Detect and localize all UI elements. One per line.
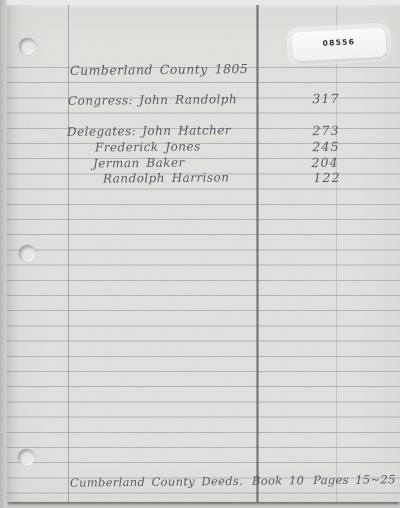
delegate-candidate: Frederick Jones <box>95 139 201 154</box>
delegate-votes: 122 <box>310 170 344 185</box>
delegate-votes: 204 <box>308 155 342 170</box>
congress-result-row: Congress:John Randolph <box>68 92 237 108</box>
hole-punch-top <box>19 38 36 55</box>
scanned-document: { "document": { "catalog_label": { "numb… <box>0 0 400 508</box>
delegate-votes: 245 <box>309 139 343 154</box>
right-rule-line <box>336 5 337 502</box>
citation-pages: Pages 15~25 <box>313 472 396 487</box>
delegates-office-label: Delegates: <box>67 124 136 139</box>
delegate-candidate: Randolph Harrison <box>103 170 229 185</box>
citation-source: Cumberland County Deeds. <box>70 474 243 490</box>
scan-edge-left <box>0 0 7 508</box>
page-title: Cumberland County 1805 <box>70 61 248 78</box>
delegate-row: Frederick Jones <box>95 139 201 154</box>
congress-candidate: John Randolph <box>139 92 237 107</box>
hole-punch-bottom <box>18 449 35 466</box>
delegate-row: Jerman Baker <box>93 156 185 171</box>
catalog-label: 08556 <box>291 28 386 62</box>
delegate-candidate: Jerman Baker <box>93 156 185 171</box>
congress-votes: 317 <box>309 91 343 106</box>
left-margin-line <box>68 5 69 502</box>
delegate-row: Randolph Harrison <box>103 170 229 185</box>
citation-book: Book 10 <box>252 473 304 488</box>
delegate-row: Delegates:John Hatcher <box>67 123 231 139</box>
center-fold-line <box>256 5 259 502</box>
delegate-votes: 273 <box>309 123 343 138</box>
delegate-candidate: John Hatcher <box>142 123 231 138</box>
hole-punch-middle <box>19 245 36 262</box>
congress-office-label: Congress: <box>68 93 133 108</box>
catalog-number: 08556 <box>322 37 355 48</box>
